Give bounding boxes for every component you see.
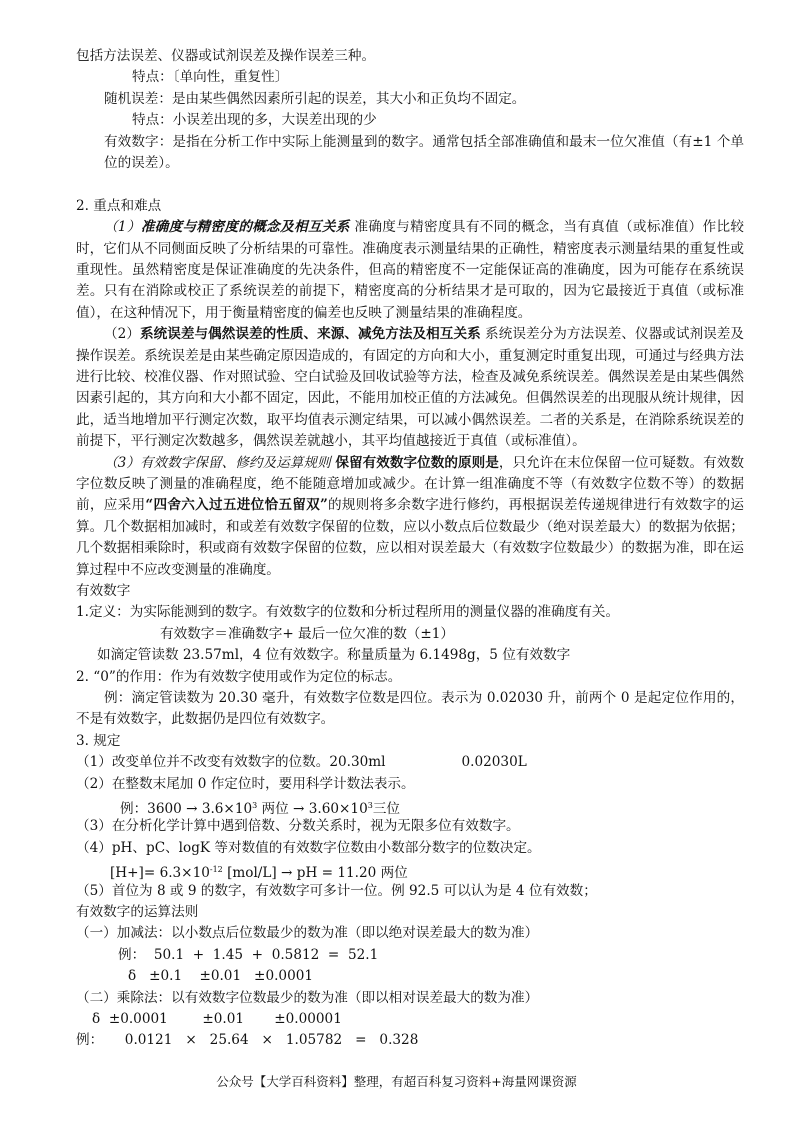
add-sub-example: 例： 50.1 + 1.45 + 0.5812 = 52.1 — [76, 945, 744, 966]
section-2-title: 2. 重点和难点 — [76, 196, 744, 217]
sigfig-formula: 有效数字＝准确数字+ 最后一位欠准的数（±1） — [76, 624, 744, 645]
add-sub-title: （一）加减法：以小数点后位数最少的数为准（即以绝对误差最大的数为准） — [76, 923, 744, 944]
rule-4-example-b: [mol/L] → pH = 11.20 两位 — [223, 865, 408, 881]
footer-note: 公众号【大学百科资料】整理，有超百科复习资料+海量网课资源 — [0, 1072, 793, 1090]
rule-5: （5）首位为 8 或 9 的数字，有效数字可多计一位。例 92.5 可以认为是 … — [76, 881, 744, 902]
paragraph-body: 系统误差分为方法误差、仪器或试剂误差及操作误差。系统误差是由某些确定原因造成的，… — [76, 326, 744, 449]
rule-2-example-a: 例：3600 → 3.6×10 — [120, 801, 252, 817]
mul-div-title: （二）乘除法：以有效数字位数最少的数为准（即以相对误差最大的数为准） — [76, 988, 744, 1009]
intro-line-1: 包括方法误差、仪器或试剂误差及操作误差三种。 — [76, 46, 744, 67]
paragraph-heading-bold: 保留有效数字位数的原则是 — [331, 455, 499, 471]
paragraph-lead: （1） — [104, 219, 141, 235]
rule-1-value: 0.02030L — [462, 754, 527, 770]
systematic-error-traits: 特点：〔单向性，重复性〕 — [76, 67, 744, 88]
rules-title: 3. 规定 — [76, 731, 744, 752]
sigfig-def: 1.定义：为实际能测到的数字。有效数字的位数和分析过程所用的测量仪器的准确度有关… — [76, 602, 744, 623]
paragraph-heading-italic: 有效数字保留、修约及运算规则 — [140, 455, 331, 471]
rule-2-example-c: 三位 — [373, 801, 400, 817]
rule-1-text: （1）改变单位并不改变有效数字的位数。20.30ml — [76, 754, 386, 770]
paragraph-heading: 准确度与精密度的概念及相互关系 — [141, 219, 350, 235]
ops-title: 有效数字的运算法则 — [76, 902, 744, 923]
paragraph-accuracy-precision: （1）准确度与精密度的概念及相互关系 准确度与精密度具有不同的概念，当有真值（或… — [76, 217, 744, 324]
rounding-rule: “四舍六入过五进位恰五留双” — [145, 497, 327, 513]
rule-4: （4）pH、pC、logK 等对数值的有效数字位数由小数部分数字的位数决定。 — [76, 838, 744, 859]
mul-div-delta: δ ±0.0001 ±0.01 ±0.00001 — [76, 1009, 744, 1030]
rule-1: （1）改变单位并不改变有效数字的位数。20.30ml0.02030L — [76, 752, 744, 773]
rule-2: （2）在整数末尾加 0 作定位时，要用科学计数法表示。 — [76, 774, 744, 795]
mul-div-example: 例： 0.0121 × 25.64 × 1.05782 = 0.328 — [76, 1030, 744, 1051]
add-sub-delta: δ ±0.1 ±0.01 ±0.0001 — [76, 966, 744, 987]
paragraph-sigfig-rules: （3）有效数字保留、修约及运算规则 保留有效数字位数的原则是，只允许在末位保留一… — [76, 453, 744, 581]
document-page: 包括方法误差、仪器或试剂误差及操作误差三种。 特点：〔单向性，重复性〕 随机误差… — [76, 46, 744, 1052]
sigfig-definition: 有效数字：是指在分析工作中实际上能测量到的数字。通常包括全部准确值和最末一位欠准… — [76, 132, 744, 175]
rule-4-example-a: [H+]= 6.3×10 — [110, 865, 210, 881]
rule-4-example: [H+]= 6.3×10-12 [mol/L] → pH = 11.20 两位 — [76, 859, 744, 880]
zero-role-title: 2. “0”的作用：作为有效数字使用或作为定位的标志。 — [76, 667, 744, 688]
paragraph-heading: 系统误差与偶然误差的性质、来源、减免方法及相互关系 — [140, 326, 481, 342]
paragraph-lead: （2） — [104, 326, 140, 342]
sigfig-example-1: 如滴定管读数 23.57ml，4 位有效数字。称量质量为 6.1498g，5 位… — [76, 645, 744, 666]
zero-role-example: 例：滴定管读数为 20.30 毫升，有效数字位数是四位。表示为 0.02030 … — [76, 688, 744, 731]
rule-2-example-b: 两位 → 3.60×10 — [257, 801, 368, 817]
sigfig-title: 有效数字 — [76, 581, 744, 602]
random-error-traits: 特点：小误差出现的多，大误差出现的少 — [76, 110, 744, 131]
paragraph-lead: （3） — [104, 455, 140, 471]
paragraph-systematic-random-error: （2）系统误差与偶然误差的性质、来源、减免方法及相互关系 系统误差分为方法误差、… — [76, 324, 744, 452]
random-error-definition: 随机误差：是由某些偶然因素所引起的误差，其大小和正负均不固定。 — [76, 89, 744, 110]
rule-3: （3）在分析化学计算中遇到倍数、分数关系时，视为无限多位有效数字。 — [76, 816, 744, 837]
rule-2-example: 例：3600 → 3.6×103 两位 → 3.60×103三位 — [76, 795, 744, 816]
exponent: -12 — [210, 865, 223, 874]
